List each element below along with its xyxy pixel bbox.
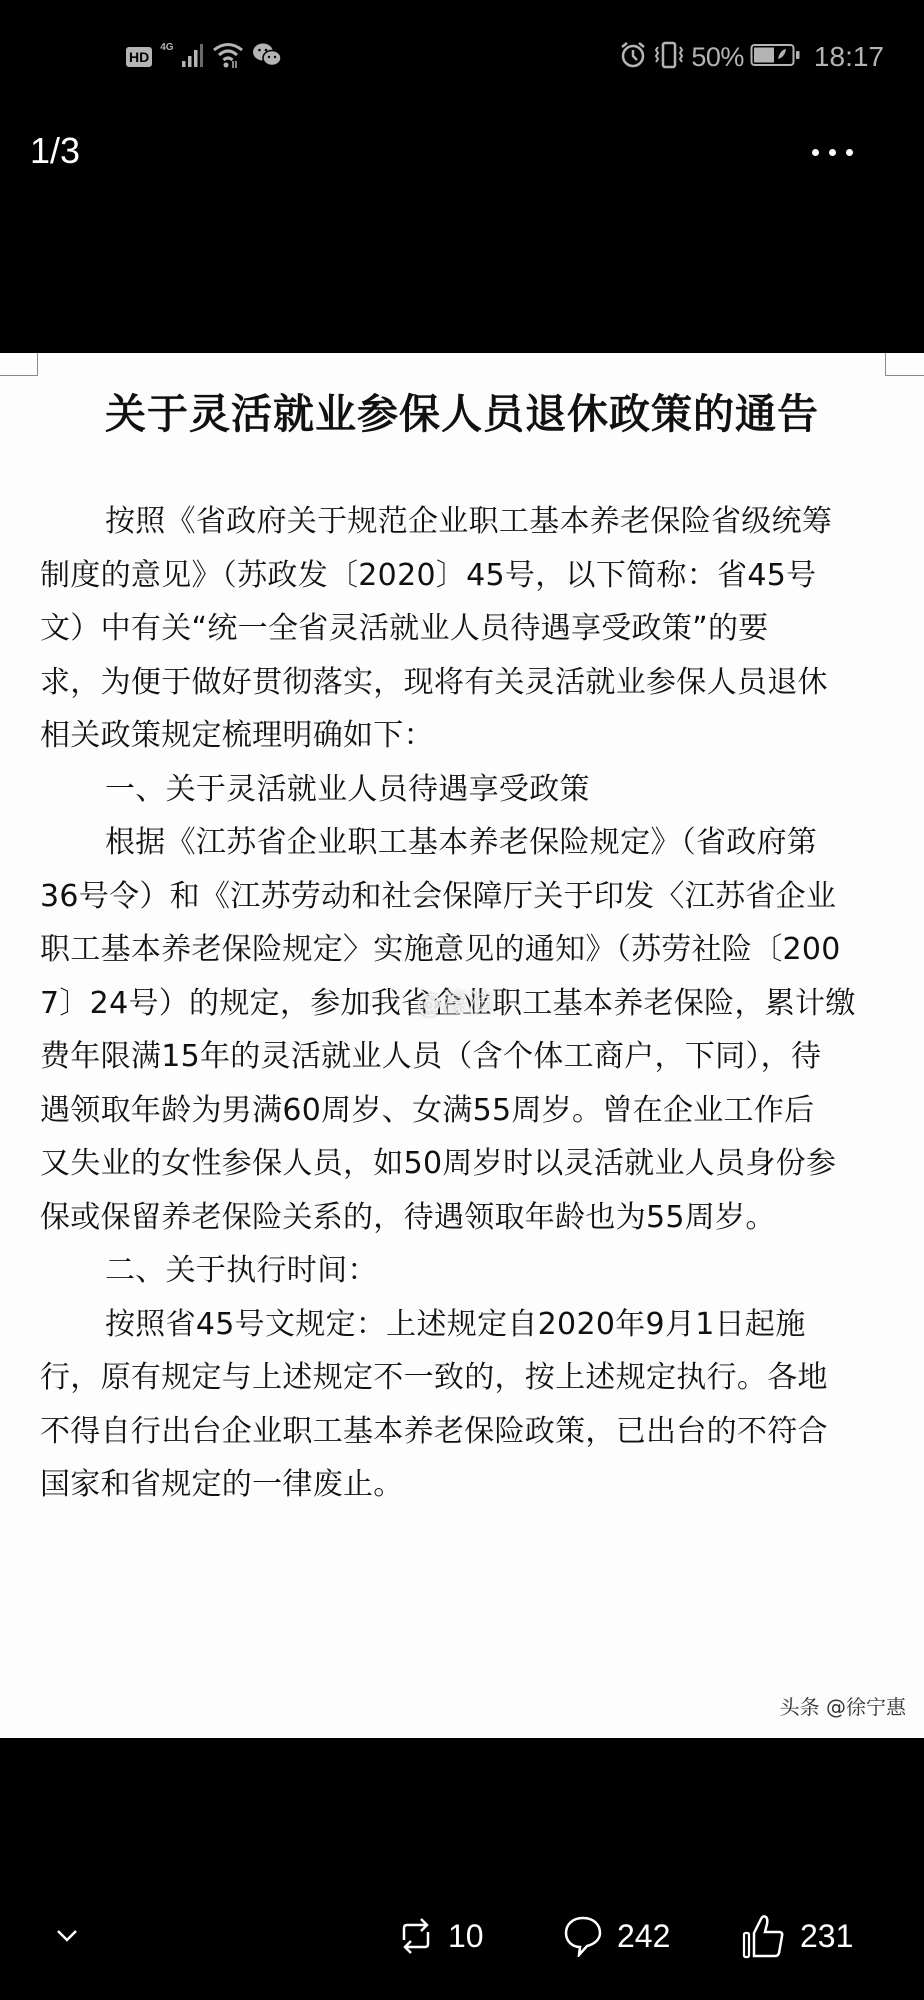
document-line: 文）中有关“统一全省灵活就业人员待遇享受政策”的要 — [40, 602, 890, 656]
document-image[interactable]: 关于灵活就业参保人员退休政策的通告 按照《省政府关于规范企业职工基本养老保险省级… — [0, 353, 924, 1738]
page-counter: 1/3 — [30, 130, 80, 172]
clock-time: 18:17 — [814, 41, 884, 73]
repost-count: 10 — [448, 1918, 484, 1955]
status-bar-right: 50% 18:17 — [619, 40, 884, 74]
more-options-button[interactable] — [812, 140, 868, 164]
comment-button[interactable]: 242 — [563, 1916, 670, 1956]
document-line: 36号令）和《江苏劳动和社会保障厅关于印发〈江苏省企业 — [40, 870, 890, 924]
document-line: 遇领取年龄为男满60周岁、女满55周岁。曾在企业工作后 — [40, 1084, 890, 1138]
page-corner-mark-left — [0, 353, 38, 376]
document-line: 职工基本养老保险规定〉实施意见的通知》（苏劳社险〔200 — [40, 923, 890, 977]
document-line: 国家和省规定的一律废止。 — [40, 1458, 890, 1512]
document-line: 根据《江苏省企业职工基本养老保险规定》（省政府第 — [40, 816, 890, 870]
watermark: @濠滨 — [416, 983, 494, 1020]
signal-icon — [182, 42, 204, 72]
battery-percent: 50% — [691, 42, 744, 73]
thumbs-up-icon — [742, 1913, 786, 1959]
status-bar: HD 4G 50% 18:17 — [0, 0, 924, 110]
document-line: 不得自行出台企业职工基本养老保险政策，已出台的不符合 — [40, 1405, 890, 1459]
battery-icon — [750, 42, 802, 72]
comment-count: 242 — [617, 1918, 670, 1955]
page-corner-mark-right — [885, 353, 924, 376]
vibrate-icon — [653, 41, 685, 73]
wifi-icon — [212, 41, 244, 73]
document-line: 求，为便于做好贯彻落实，现将有关灵活就业参保人员退休 — [40, 656, 890, 710]
more-dots-icon — [846, 149, 853, 156]
collapse-button[interactable] — [52, 1920, 82, 1950]
document-line: 一、关于灵活就业人员待遇享受政策 — [40, 763, 890, 817]
repost-icon — [398, 1916, 434, 1956]
chevron-down-icon — [52, 1920, 82, 1950]
comment-icon — [563, 1915, 603, 1957]
document-line: 二、关于执行时间： — [40, 1244, 890, 1298]
document-line: 保或保留养老保险关系的，待遇领取年龄也为55周岁。 — [40, 1191, 890, 1245]
document-line: 按照省45号文规定：上述规定自2020年9月1日起施 — [40, 1298, 890, 1352]
document-line: 行，原有规定与上述规定不一致的，按上述规定执行。各地 — [40, 1351, 890, 1405]
document-line: 又失业的女性参保人员，如50周岁时以灵活就业人员身份参 — [40, 1137, 890, 1191]
alarm-icon — [619, 41, 647, 73]
hd-icon: HD — [126, 47, 152, 67]
source-attribution: 头条 @徐宁惠 — [780, 1691, 906, 1720]
more-dots-icon — [829, 149, 836, 156]
document-line: 制度的意见》（苏政发〔2020〕45号，以下简称：省45号 — [40, 549, 890, 603]
document-title: 关于灵活就业参保人员退休政策的通告 — [0, 381, 924, 440]
like-count: 231 — [800, 1918, 853, 1955]
bottom-action-bar: 10 242 231 — [0, 1900, 924, 1980]
like-button[interactable]: 231 — [742, 1916, 853, 1956]
document-line: 按照《省政府关于规范企业职工基本养老保险省级统筹 — [40, 495, 890, 549]
wechat-icon — [252, 42, 282, 72]
status-bar-left: HD 4G — [126, 40, 282, 74]
document-line: 相关政策规定梳理明确如下： — [40, 709, 890, 763]
network-type-label: 4G — [160, 42, 173, 53]
more-dots-icon — [812, 149, 819, 156]
document-line: 费年限满15年的灵活就业人员（含个体工商户，下同），待 — [40, 1030, 890, 1084]
repost-button[interactable]: 10 — [398, 1916, 484, 1956]
